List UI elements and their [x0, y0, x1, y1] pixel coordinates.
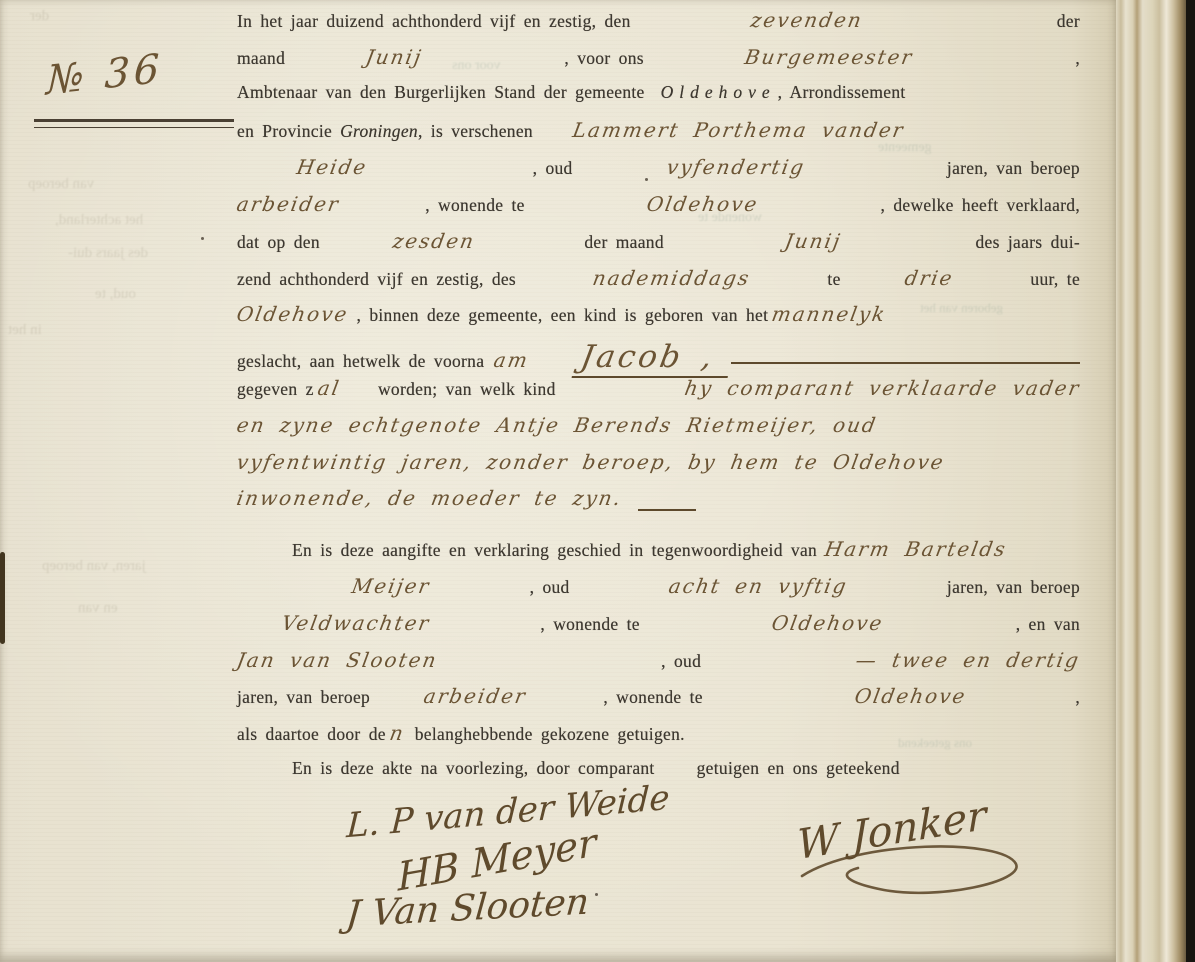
- handwritten-text: Jan van Slooten: [235, 648, 440, 672]
- handwritten-text: Oldehove: [770, 611, 886, 635]
- bleedthrough-text: oud, te: [95, 286, 136, 303]
- act-line-1: In het jaar duizend achthonderd vijf en …: [237, 8, 1080, 45]
- printed-text: jaren, van beroep: [947, 577, 1080, 598]
- act-line-17: Veldwachter, wonende teOldehove, en van: [237, 611, 1080, 648]
- printed-text: , voor ons: [564, 48, 644, 69]
- handwritten-text: vyfendertig: [665, 155, 807, 179]
- act-line-15: En is deze aangifte en verklaring geschi…: [237, 537, 1080, 574]
- handwritten-text: Burgemeester: [743, 45, 915, 69]
- printed-text: jaren, van beroep: [237, 687, 370, 708]
- bleedthrough-text: wonende te: [698, 210, 762, 226]
- printed-text: Ambtenaar van den Burgerlijken Stand der…: [237, 82, 645, 103]
- printed-text: uur, te: [1030, 269, 1080, 290]
- act-line-2: maandJunij, voor onsBurgemeester,: [237, 45, 1080, 82]
- printed-text: des jaars dui-: [975, 232, 1080, 253]
- paper-speck: [595, 893, 598, 896]
- bleedthrough-text: gemeente: [878, 140, 932, 156]
- handwritten-text: drie: [903, 266, 956, 290]
- act-line-6: arbeider, wonende teOldehove, dewelke he…: [237, 192, 1080, 229]
- filler-dash: [638, 509, 696, 511]
- act-line-4: en ProvincieGroningen, is verschenenLamm…: [237, 118, 1080, 155]
- act-line-14: inwonende, de moeder te zyn.: [237, 486, 1080, 523]
- printed-text: zend achthonderd vijf en zestig, des: [237, 269, 516, 290]
- act-line-19: jaren, van beroeparbeider, wonende teOld…: [237, 684, 1080, 721]
- signature-flourish: [788, 838, 1038, 908]
- bleedthrough-text: des jaars dui-: [68, 245, 148, 262]
- handwritten-text: arbeider: [235, 192, 342, 216]
- handwritten-text: Lammert Porthema vander: [571, 118, 907, 142]
- printed-text: En is deze aangifte en verklaring geschi…: [292, 540, 817, 561]
- handwritten-text: Harm Bartelds: [823, 537, 1009, 561]
- handwritten-text: en zyne echtgenote Antje Berends Rietmei…: [235, 413, 879, 437]
- printed-text: Groningen: [340, 121, 418, 142]
- binding-mark: [0, 552, 5, 644]
- handwritten-text: Meijer: [350, 574, 433, 598]
- printed-text: worden; van welk kind: [378, 379, 556, 400]
- printed-text: , dewelke heeft verklaard,: [880, 195, 1080, 216]
- handwritten-text: — twee en dertig: [854, 648, 1082, 672]
- act-line-12: en zyne echtgenote Antje Berends Rietmei…: [237, 413, 1080, 450]
- bleedthrough-text: der: [30, 8, 49, 25]
- printed-text: , oud: [533, 158, 573, 179]
- printed-text: , oud: [661, 651, 701, 672]
- printed-text: , wonende te: [540, 614, 640, 635]
- handwritten-text: mannelyk: [770, 302, 889, 326]
- printed-text: en Provincie: [237, 121, 332, 142]
- handwritten-text: arbeider: [422, 684, 529, 708]
- act-line-7: dat op denzesdender maandJunijdes jaars …: [237, 229, 1080, 266]
- printed-text: , wonende te: [603, 687, 703, 708]
- printed-text: belanghebbende gekozene getuigen.: [415, 724, 685, 745]
- printed-text: maand: [237, 48, 285, 69]
- handwritten-text: vyfentwintig jaren, zonder beroep, by he…: [235, 450, 947, 474]
- printed-text: der: [1057, 11, 1080, 32]
- margin-double-rule: [34, 119, 234, 128]
- printed-text: , oud: [530, 577, 570, 598]
- printed-text: , wonende te: [425, 195, 525, 216]
- printed-text: , binnen deze gemeente, een kind is gebo…: [357, 305, 769, 326]
- handwritten-text: Veldwachter: [280, 611, 432, 635]
- handwritten-text: zevenden: [749, 8, 865, 32]
- book-page-edges: [1116, 0, 1186, 962]
- printed-text: der maand: [584, 232, 664, 253]
- printed-text: gegeven z: [237, 379, 314, 400]
- printed-text: getuigen en ons geteekend: [697, 758, 900, 779]
- handwritten-text: acht en vyftig: [667, 574, 850, 598]
- act-line-10: geslacht, aan hetwelk de voornaamJacob ,: [237, 339, 1080, 376]
- handwritten-text: Oldehove: [235, 302, 351, 326]
- printed-text: , Arrondissement: [778, 82, 906, 103]
- handwritten-text: n: [388, 721, 407, 745]
- printed-text: ,: [1075, 48, 1080, 69]
- printed-text: ,: [1075, 687, 1080, 708]
- printed-text: te: [827, 269, 840, 290]
- printed-text: , en van: [1016, 614, 1080, 635]
- act-line-11: gegeven zalworden; van welk kindhy compa…: [237, 376, 1080, 413]
- printed-text: En is deze akte na voorlezing, door comp…: [292, 758, 655, 779]
- act-line-8: zend achthonderd vijf en zestig, desnade…: [237, 266, 1080, 303]
- bleedthrough-text: in het: [8, 322, 42, 339]
- act-line-18: Jan van Slooten, oud— twee en dertig: [237, 648, 1080, 685]
- printed-text: als daartoe door de: [237, 724, 386, 745]
- printed-text: , is verschenen: [418, 121, 533, 142]
- printed-text: geslacht, aan hetwelk de voorna: [237, 351, 484, 372]
- handwritten-text: hy comparant verklaarde vader: [683, 376, 1083, 400]
- bleedthrough-text: van beroep: [28, 176, 94, 193]
- act-line-13: vyfentwintig jaren, zonder beroep, by he…: [237, 450, 1080, 487]
- handwritten-text: Oldehove: [853, 684, 969, 708]
- printed-text: jaren, van beroep: [947, 158, 1080, 179]
- act-line-3: Ambtenaar van den Burgerlijken Stand der…: [237, 82, 1080, 119]
- handwritten-text: al: [316, 376, 343, 400]
- handwritten-text: Heide: [295, 155, 370, 179]
- handwritten-text: Junij: [783, 229, 844, 253]
- handwritten-text: am: [492, 348, 531, 372]
- bleedthrough-text: het achterland,: [55, 212, 143, 229]
- bleedthrough-text: ons geteekend: [898, 735, 972, 751]
- handwritten-text: Junij: [364, 45, 425, 69]
- paper-speck: [201, 237, 204, 240]
- bleedthrough-text: en van: [78, 600, 118, 617]
- handwritten-text: Jacob ,: [572, 339, 734, 378]
- scanned-document: № 36 In het jaar duizend achthonderd vij…: [0, 0, 1195, 962]
- handwritten-text: nademiddags: [591, 266, 753, 290]
- act-body: In het jaar duizend achthonderd vijf en …: [237, 8, 1080, 795]
- handwritten-text: zesden: [391, 229, 477, 253]
- act-line-5: Heide, oudvyfendertigjaren, van beroep: [237, 155, 1080, 192]
- act-line-16: Meijer, oudacht en vyftigjaren, van bero…: [237, 574, 1080, 611]
- bleedthrough-text: jaren, van beroep: [42, 558, 146, 575]
- bleedthrough-text: voor ons: [452, 58, 501, 74]
- bleedthrough-text: geboren van het: [920, 300, 1003, 316]
- filler-dash: [731, 362, 1080, 364]
- printed-text: Oldehove: [661, 82, 776, 103]
- handwritten-text: inwonende, de moeder te zyn.: [235, 486, 624, 510]
- printed-text: dat op den: [237, 232, 320, 253]
- printed-text: In het jaar duizend achthonderd vijf en …: [237, 11, 631, 32]
